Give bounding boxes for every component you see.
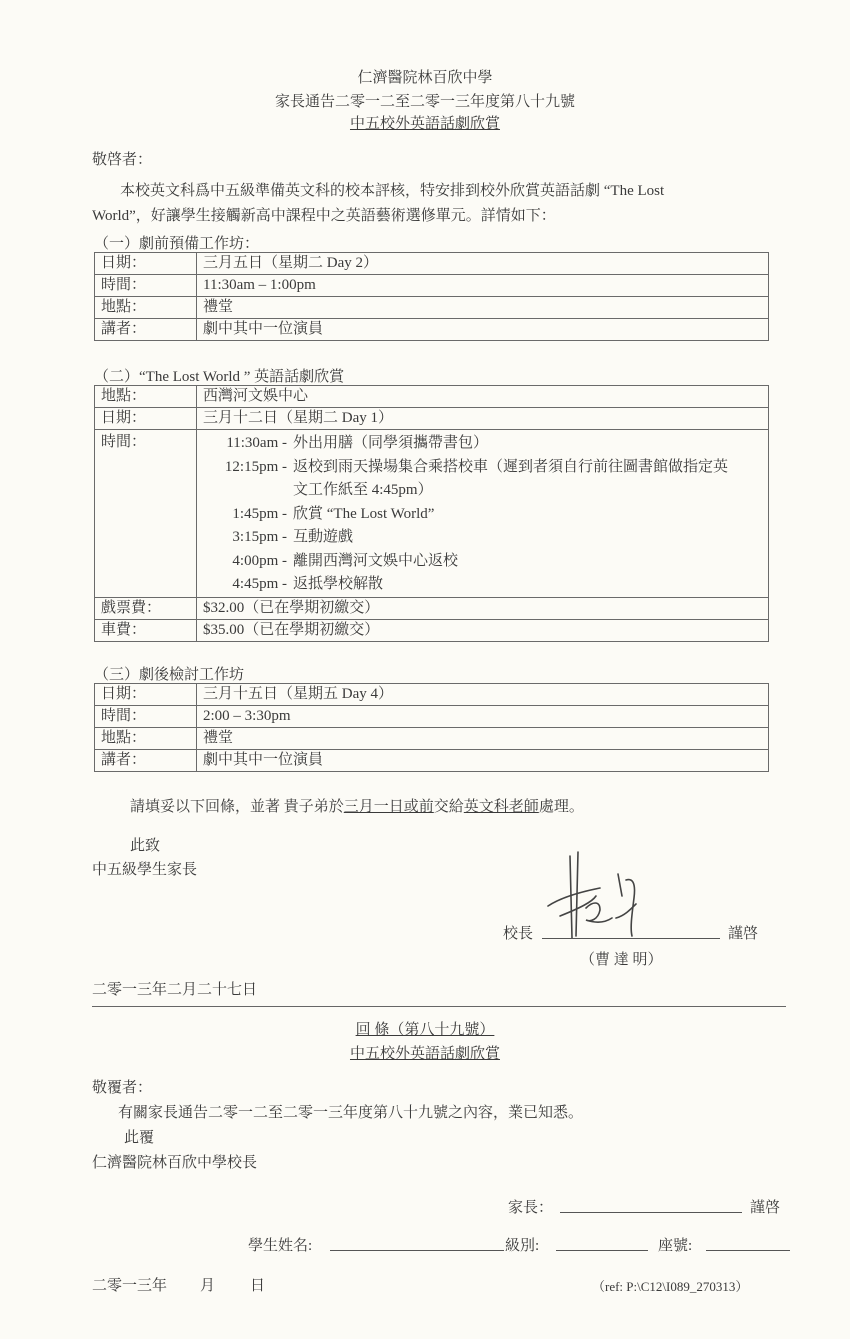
row-value: 劇中其中一位演員 bbox=[197, 750, 769, 772]
schedule-item: 文工作紙至 4:45pm） bbox=[203, 479, 762, 503]
row-label: 時間： bbox=[95, 430, 197, 598]
table-row: 車費：$35.00（已在學期初繳交） bbox=[95, 619, 769, 641]
reply-body: 有關家長通告二零一二至二零一三年度第八十九號之內容，業已知悉。 bbox=[118, 1101, 583, 1122]
table-row: 時間：2:00 – 3:30pm bbox=[95, 706, 769, 728]
row-label: 日期： bbox=[95, 684, 197, 706]
seat-label: 座號: bbox=[658, 1234, 692, 1255]
reply-instruction: 請填妥以下回條，並著 貴子弟於三月一日或前交給英文科老師處理。 bbox=[130, 795, 584, 816]
seat-number-field[interactable] bbox=[706, 1250, 790, 1251]
schedule-item: 11:30am -外出用膳（同學須攜帶書包） bbox=[203, 432, 762, 456]
teacher: 英文科老師 bbox=[464, 799, 539, 815]
reply-recipient: 仁濟醫院林百欣中學校長 bbox=[92, 1151, 257, 1172]
row-value: 11:30am – 1:00pm bbox=[197, 275, 769, 297]
reply-date-day: 日 bbox=[250, 1274, 265, 1295]
section1-title: （一）劇前預備工作坊： bbox=[94, 232, 259, 253]
reply-date-year: 二零一三年 bbox=[92, 1274, 167, 1295]
table-row: 日期：三月十五日（星期五 Day 4） bbox=[95, 684, 769, 706]
parent-label: 家長： bbox=[508, 1196, 553, 1217]
principal-label: 校長 bbox=[503, 922, 533, 943]
school-name: 仁濟醫院林百欣中學 bbox=[0, 66, 850, 87]
reply-cifu: 此覆 bbox=[124, 1126, 154, 1147]
schedule-item: 4:45pm -返抵學校解散 bbox=[203, 573, 762, 597]
row-value: 西灣河文娛中心 bbox=[197, 386, 769, 408]
table-row: 講者：劇中其中一位演員 bbox=[95, 319, 769, 341]
row-value: 2:00 – 3:30pm bbox=[197, 706, 769, 728]
cizhi: 此致 bbox=[130, 834, 160, 855]
reference-code: （ref: P:\C12\I089_270313） bbox=[592, 1276, 748, 1295]
row-value: 禮堂 bbox=[197, 728, 769, 750]
row-label: 車費： bbox=[95, 619, 197, 641]
notice-date: 二零一三年二月二十七日 bbox=[92, 978, 257, 999]
table-row: 時間：11:30am – 1:00pm bbox=[95, 275, 769, 297]
schedule-list: 11:30am -外出用膳（同學須攜帶書包） 12:15pm -返校到雨天操場集… bbox=[203, 432, 762, 597]
row-value: $32.00（已在學期初繳交） bbox=[197, 597, 769, 619]
notice-number: 家長通告二零一二至二零一三年度第八十九號 bbox=[0, 90, 850, 111]
schedule-item: 3:15pm -互動遊戲 bbox=[203, 526, 762, 550]
reply-subject: 中五校外英語話劇欣賞 bbox=[350, 1046, 500, 1062]
notice-subject: 中五校外英語話劇欣賞 bbox=[350, 116, 500, 132]
reply-greeting: 敬覆者： bbox=[92, 1076, 152, 1097]
principal-signature bbox=[540, 848, 660, 942]
section1-table: 日期：三月五日（星期二 Day 2） 時間：11:30am – 1:00pm 地… bbox=[94, 252, 769, 341]
parent-respectfully: 謹啓 bbox=[750, 1196, 780, 1217]
class-field[interactable] bbox=[556, 1250, 648, 1251]
recipient: 中五級學生家長 bbox=[92, 858, 197, 879]
reply-title: 回 條（第八十九號） bbox=[356, 1022, 495, 1038]
section3-table: 日期：三月十五日（星期五 Day 4） 時間：2:00 – 3:30pm 地點：… bbox=[94, 683, 769, 772]
cut-divider bbox=[92, 1006, 786, 1007]
row-value: 禮堂 bbox=[197, 297, 769, 319]
schedule-item: 4:00pm -離開西灣河文娛中心返校 bbox=[203, 550, 762, 574]
table-row: 時間： 11:30am -外出用膳（同學須攜帶書包） 12:15pm -返校到雨… bbox=[95, 430, 769, 598]
parent-signature-field[interactable] bbox=[560, 1212, 742, 1213]
table-row: 地點：禮堂 bbox=[95, 297, 769, 319]
section3-title: （三）劇後檢討工作坊 bbox=[94, 663, 244, 684]
principal-name: （曹 達 明） bbox=[580, 948, 663, 969]
schedule-cell: 11:30am -外出用膳（同學須攜帶書包） 12:15pm -返校到雨天操場集… bbox=[197, 430, 769, 598]
row-label: 講者： bbox=[95, 319, 197, 341]
row-label: 地點： bbox=[95, 386, 197, 408]
row-label: 地點： bbox=[95, 728, 197, 750]
student-name-field[interactable] bbox=[330, 1250, 504, 1251]
row-label: 戲票費： bbox=[95, 597, 197, 619]
row-label: 講者： bbox=[95, 750, 197, 772]
row-value: 劇中其中一位演員 bbox=[197, 319, 769, 341]
schedule-item: 12:15pm -返校到雨天操場集合乘搭校車（遲到者須自行前往圖書館做指定英 bbox=[203, 456, 762, 480]
schedule-item: 1:45pm -欣賞 “The Lost World” bbox=[203, 503, 762, 527]
class-label: 級別: bbox=[505, 1234, 539, 1255]
section2-table: 地點：西灣河文娛中心 日期：三月十二日（星期二 Day 1） 時間： 11:30… bbox=[94, 385, 769, 642]
respectfully: 謹啓 bbox=[728, 922, 758, 943]
reply-date-month: 月 bbox=[200, 1274, 215, 1295]
row-value: $35.00（已在學期初繳交） bbox=[197, 619, 769, 641]
row-label: 日期： bbox=[95, 408, 197, 430]
table-row: 日期：三月五日（星期二 Day 2） bbox=[95, 253, 769, 275]
row-label: 日期： bbox=[95, 253, 197, 275]
table-row: 日期：三月十二日（星期二 Day 1） bbox=[95, 408, 769, 430]
section2-title: （二）“The Lost World ” 英語話劇欣賞 bbox=[94, 365, 344, 386]
deadline: 三月一日或前 bbox=[344, 799, 434, 815]
intro-line-2: World”，好讓學生接觸新高中課程中之英語藝術選修單元。詳情如下： bbox=[92, 204, 556, 225]
row-value: 三月十五日（星期五 Day 4） bbox=[197, 684, 769, 706]
row-label: 時間： bbox=[95, 706, 197, 728]
row-value: 三月五日（星期二 Day 2） bbox=[197, 253, 769, 275]
row-value: 三月十二日（星期二 Day 1） bbox=[197, 408, 769, 430]
greeting: 敬啓者： bbox=[92, 148, 152, 169]
table-row: 地點：西灣河文娛中心 bbox=[95, 386, 769, 408]
table-row: 戲票費：$32.00（已在學期初繳交） bbox=[95, 597, 769, 619]
student-name-label: 學生姓名: bbox=[248, 1234, 312, 1255]
intro-line-1: 本校英文科爲中五級準備英文科的校本評核，特安排到校外欣賞英語話劇 “The Lo… bbox=[120, 179, 664, 200]
signature-line bbox=[542, 938, 720, 939]
table-row: 講者：劇中其中一位演員 bbox=[95, 750, 769, 772]
table-row: 地點：禮堂 bbox=[95, 728, 769, 750]
row-label: 時間： bbox=[95, 275, 197, 297]
row-label: 地點： bbox=[95, 297, 197, 319]
